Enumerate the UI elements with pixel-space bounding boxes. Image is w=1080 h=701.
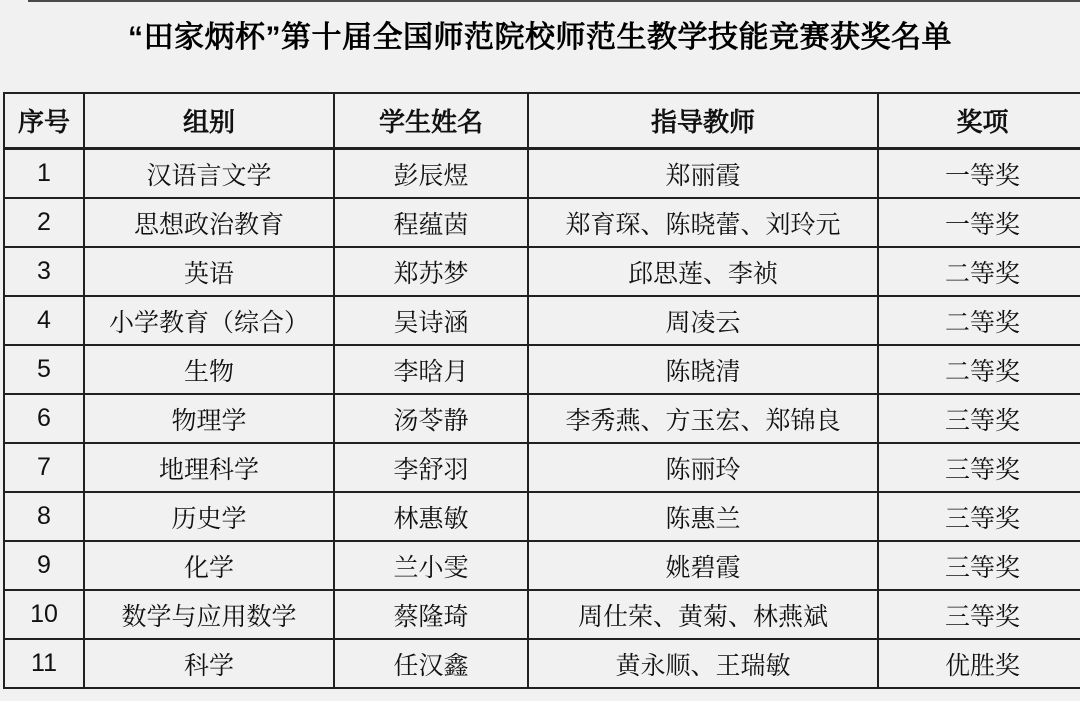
cell-group: 英语 [84,247,334,296]
cell-number: 6 [4,394,84,443]
cell-group: 历史学 [84,492,334,541]
cell-student: 蔡隆琦 [334,590,528,639]
cell-teachers: 周仕荣、黄菊、林燕斌 [528,590,878,639]
cell-number: 10 [4,590,84,639]
table-header: 序号 组别 学生姓名 指导教师 奖项 [4,93,1080,149]
cell-teachers: 陈晓清 [528,345,878,394]
table-row: 10 数学与应用数学 蔡隆琦 周仕荣、黄菊、林燕斌 三等奖 [4,590,1080,639]
cell-teachers: 陈惠兰 [528,492,878,541]
column-header-group: 组别 [84,93,334,149]
table-row: 2 思想政治教育 程蕴茵 郑育琛、陈晓蕾、刘玲元 一等奖 [4,198,1080,247]
cell-number: 9 [4,541,84,590]
cell-award: 三等奖 [878,492,1080,541]
cell-number: 2 [4,198,84,247]
cell-award: 三等奖 [878,590,1080,639]
cell-award: 二等奖 [878,345,1080,394]
cell-student: 郑苏梦 [334,247,528,296]
column-header-student: 学生姓名 [334,93,528,149]
cell-student: 李晗月 [334,345,528,394]
table-row: 8 历史学 林惠敏 陈惠兰 三等奖 [4,492,1080,541]
cell-teachers: 邱思莲、李祯 [528,247,878,296]
cell-number: 8 [4,492,84,541]
cell-student: 彭辰煜 [334,149,528,199]
cell-group: 思想政治教育 [84,198,334,247]
table-row: 1 汉语言文学 彭辰煜 郑丽霞 一等奖 [4,149,1080,199]
cell-teachers: 郑育琛、陈晓蕾、刘玲元 [528,198,878,247]
cell-student: 任汉鑫 [334,639,528,688]
cell-group: 物理学 [84,394,334,443]
cell-number: 4 [4,296,84,345]
cell-group: 小学教育（综合） [84,296,334,345]
cell-number: 11 [4,639,84,688]
top-crop-line [28,0,1080,2]
cell-group: 生物 [84,345,334,394]
cell-group: 数学与应用数学 [84,590,334,639]
cell-group: 化学 [84,541,334,590]
table-row: 5 生物 李晗月 陈晓清 二等奖 [4,345,1080,394]
cell-student: 林惠敏 [334,492,528,541]
cell-award: 二等奖 [878,247,1080,296]
cell-number: 7 [4,443,84,492]
table-row: 7 地理科学 李舒羽 陈丽玲 三等奖 [4,443,1080,492]
column-header-number: 序号 [4,93,84,149]
cell-teachers: 周凌云 [528,296,878,345]
cell-group: 地理科学 [84,443,334,492]
cell-group: 汉语言文学 [84,149,334,199]
cell-teachers: 陈丽玲 [528,443,878,492]
cell-award: 一等奖 [878,149,1080,199]
page: “田家炳杯”第十届全国师范院校师范生教学技能竞赛获奖名单 序号 组别 学生姓名 … [0,0,1080,701]
table-row: 4 小学教育（综合） 吴诗涵 周凌云 二等奖 [4,296,1080,345]
cell-teachers: 黄永顺、王瑞敏 [528,639,878,688]
cell-award: 二等奖 [878,296,1080,345]
cell-teachers: 李秀燕、方玉宏、郑锦良 [528,394,878,443]
table-body: 1 汉语言文学 彭辰煜 郑丽霞 一等奖 2 思想政治教育 程蕴茵 郑育琛、陈晓蕾… [4,149,1080,689]
cell-teachers: 姚碧霞 [528,541,878,590]
cell-group: 科学 [84,639,334,688]
cell-number: 3 [4,247,84,296]
awards-table: 序号 组别 学生姓名 指导教师 奖项 1 汉语言文学 彭辰煜 郑丽霞 一等奖 2… [3,92,1080,689]
cell-award: 三等奖 [878,394,1080,443]
cell-number: 5 [4,345,84,394]
cell-award: 优胜奖 [878,639,1080,688]
cell-teachers: 郑丽霞 [528,149,878,199]
table-row: 6 物理学 汤苓静 李秀燕、方玉宏、郑锦良 三等奖 [4,394,1080,443]
column-header-teachers: 指导教师 [528,93,878,149]
page-title: “田家炳杯”第十届全国师范院校师范生教学技能竞赛获奖名单 [0,0,1080,56]
cell-award: 三等奖 [878,443,1080,492]
cell-number: 1 [4,149,84,199]
cell-student: 吴诗涵 [334,296,528,345]
table-row: 11 科学 任汉鑫 黄永顺、王瑞敏 优胜奖 [4,639,1080,688]
cell-student: 兰小雯 [334,541,528,590]
cell-award: 三等奖 [878,541,1080,590]
column-header-award: 奖项 [878,93,1080,149]
table-row: 9 化学 兰小雯 姚碧霞 三等奖 [4,541,1080,590]
cell-award: 一等奖 [878,198,1080,247]
cell-student: 汤苓静 [334,394,528,443]
table-header-row: 序号 组别 学生姓名 指导教师 奖项 [4,93,1080,149]
cell-student: 程蕴茵 [334,198,528,247]
cell-student: 李舒羽 [334,443,528,492]
table-row: 3 英语 郑苏梦 邱思莲、李祯 二等奖 [4,247,1080,296]
